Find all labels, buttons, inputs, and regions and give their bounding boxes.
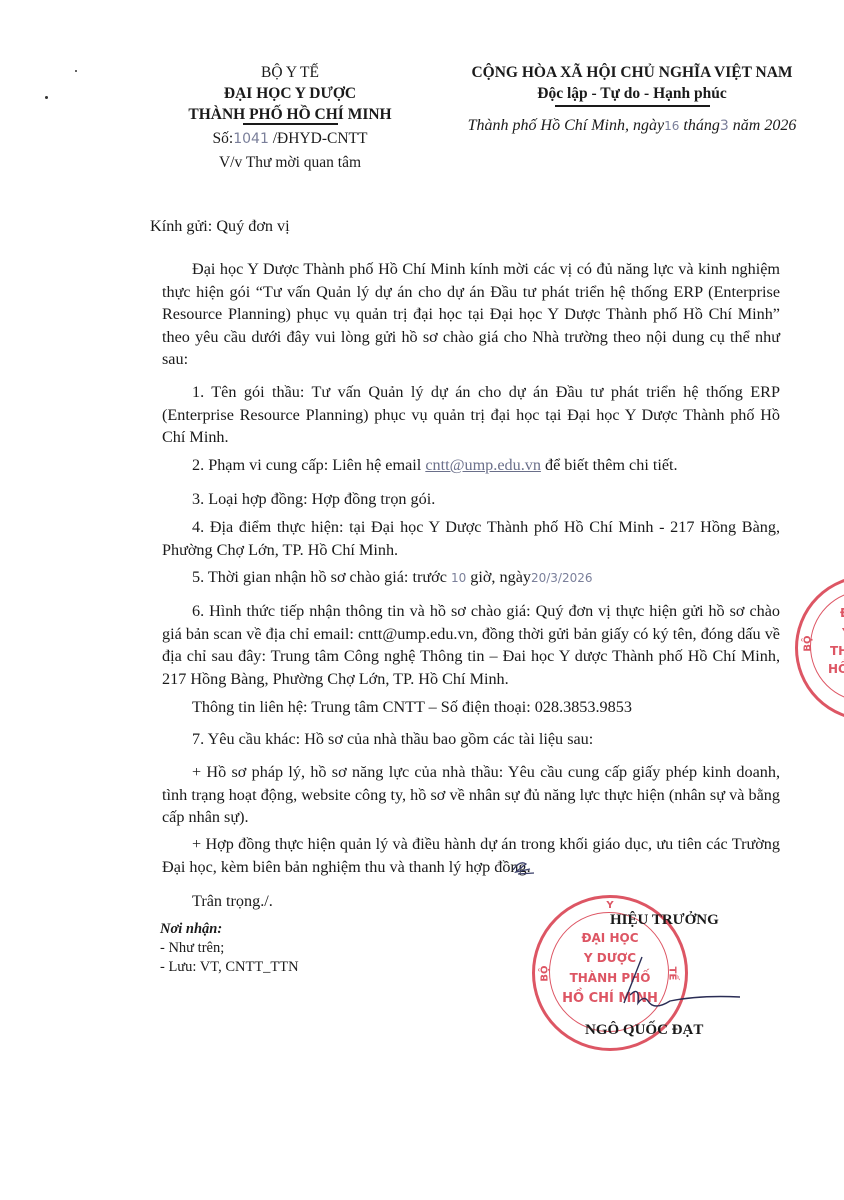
scan-speck <box>75 70 77 72</box>
item-3-contract-type: 3. Loại hợp đồng: Hợp đồng trọn gói. <box>162 488 780 511</box>
closing: Trân trọng./. <box>162 890 780 913</box>
handwritten-hour: 10 <box>451 571 466 585</box>
side-stamp: Đ Y TH HỒ BỘ <box>795 575 844 721</box>
university-name-line1: ĐẠI HỌC Y DƯỢC <box>150 83 430 104</box>
recipient-line: - Như trên; <box>160 939 299 958</box>
item-7-requirements: 7. Yêu cầu khác: Hồ sơ của nhà thầu bao … <box>162 728 780 751</box>
item-5-deadline: 5. Thời gian nhận hồ sơ chào giá: trước … <box>162 566 780 590</box>
side-stamp-line-3: TH <box>830 644 844 658</box>
initial-mark-icon <box>510 860 538 876</box>
year-text: năm 2026 <box>733 117 797 134</box>
item-5-prefix: 5. Thời gian nhận hồ sơ chào giá: trước <box>192 568 451 586</box>
item-7-sub-2: + Hợp đồng thực hiện quản lý và điều hàn… <box>162 833 780 878</box>
signature-icon <box>610 955 745 1015</box>
motto-underline <box>555 105 710 107</box>
handwritten-number: 1041 <box>233 131 269 147</box>
side-stamp-line-1: Đ <box>840 606 844 620</box>
university-name-line2: THÀNH PHỐ HỒ CHÍ MINH <box>150 104 430 125</box>
month-label: tháng <box>683 117 719 134</box>
handwritten-deadline-date: 20/3/2026 <box>531 571 593 585</box>
side-stamp-left-text: BỘ <box>803 635 814 651</box>
recipient-line: - Lưu: VT, CNTT_TTN <box>160 958 299 977</box>
stamp-left-text: BỘ <box>540 965 551 981</box>
item-7-sub-1: + Hồ sơ pháp lý, hồ sơ năng lực của nhà … <box>162 761 780 829</box>
handwritten-day: 16 <box>664 119 679 133</box>
contact-info: Thông tin liên hệ: Trung tâm CNTT – Số đ… <box>162 696 780 719</box>
stamp-line-1: ĐẠI HỌC <box>535 931 685 945</box>
date-line: Thành phố Hồ Chí Minh, ngày16 tháng3 năm… <box>420 115 844 137</box>
stamp-top-text: Y <box>535 900 685 911</box>
number-prefix: Số: <box>213 130 234 147</box>
scan-speck <box>45 96 48 99</box>
subject-line: V/v Thư mời quan tâm <box>150 152 430 173</box>
salutation: Kính gửi: Quý đơn vị <box>150 215 800 238</box>
item-6-submission: 6. Hình thức tiếp nhận thông tin và hồ s… <box>162 600 780 690</box>
intro-paragraph: Đại học Y Dược Thành phố Hồ Chí Minh kín… <box>162 258 780 371</box>
signer-title: HIỆU TRƯỞNG <box>610 912 719 929</box>
number-suffix: /ĐHYD-CNTT <box>273 130 368 147</box>
ministry-name: BỘ Y TẾ <box>150 62 430 83</box>
side-stamp-line-4: HỒ <box>828 662 844 676</box>
item-1-package-name: 1. Tên gói thầu: Tư vấn Quản lý dự án ch… <box>162 381 780 449</box>
date-prefix: Thành phố Hồ Chí Minh, ngày <box>468 117 664 134</box>
national-header: CỘNG HÒA XÃ HỘI CHỦ NGHĨA VIỆT NAM Độc l… <box>420 62 844 137</box>
issuer-header: BỘ Y TẾ ĐẠI HỌC Y DƯỢC THÀNH PHỐ HỒ CHÍ … <box>150 62 430 173</box>
item-5-mid: giờ, ngày <box>466 568 531 586</box>
document-number: Số:1041 /ĐHYD-CNTT <box>150 128 430 150</box>
republic-title: CỘNG HÒA XÃ HỘI CHỦ NGHĨA VIỆT NAM <box>420 62 844 83</box>
signer-name: NGÔ QUỐC ĐẠT <box>585 1022 703 1039</box>
handwritten-month: 3 <box>720 118 729 134</box>
item-2-prefix: 2. Phạm vi cung cấp: Liên hệ email <box>192 456 425 474</box>
recipients-block: Nơi nhận: - Như trên; - Lưu: VT, CNTT_TT… <box>160 920 299 977</box>
email-link[interactable]: cntt@ump.edu.vn <box>425 456 541 474</box>
national-motto: Độc lập - Tự do - Hạnh phúc <box>420 83 844 104</box>
recipients-label: Nơi nhận: <box>160 920 299 939</box>
item-2-suffix: để biết thêm chi tiết. <box>541 456 678 474</box>
item-4-location: 4. Địa điểm thực hiện: tại Đại học Y Dượ… <box>162 516 780 561</box>
item-2-scope: 2. Phạm vi cung cấp: Liên hệ email cntt@… <box>162 454 780 477</box>
